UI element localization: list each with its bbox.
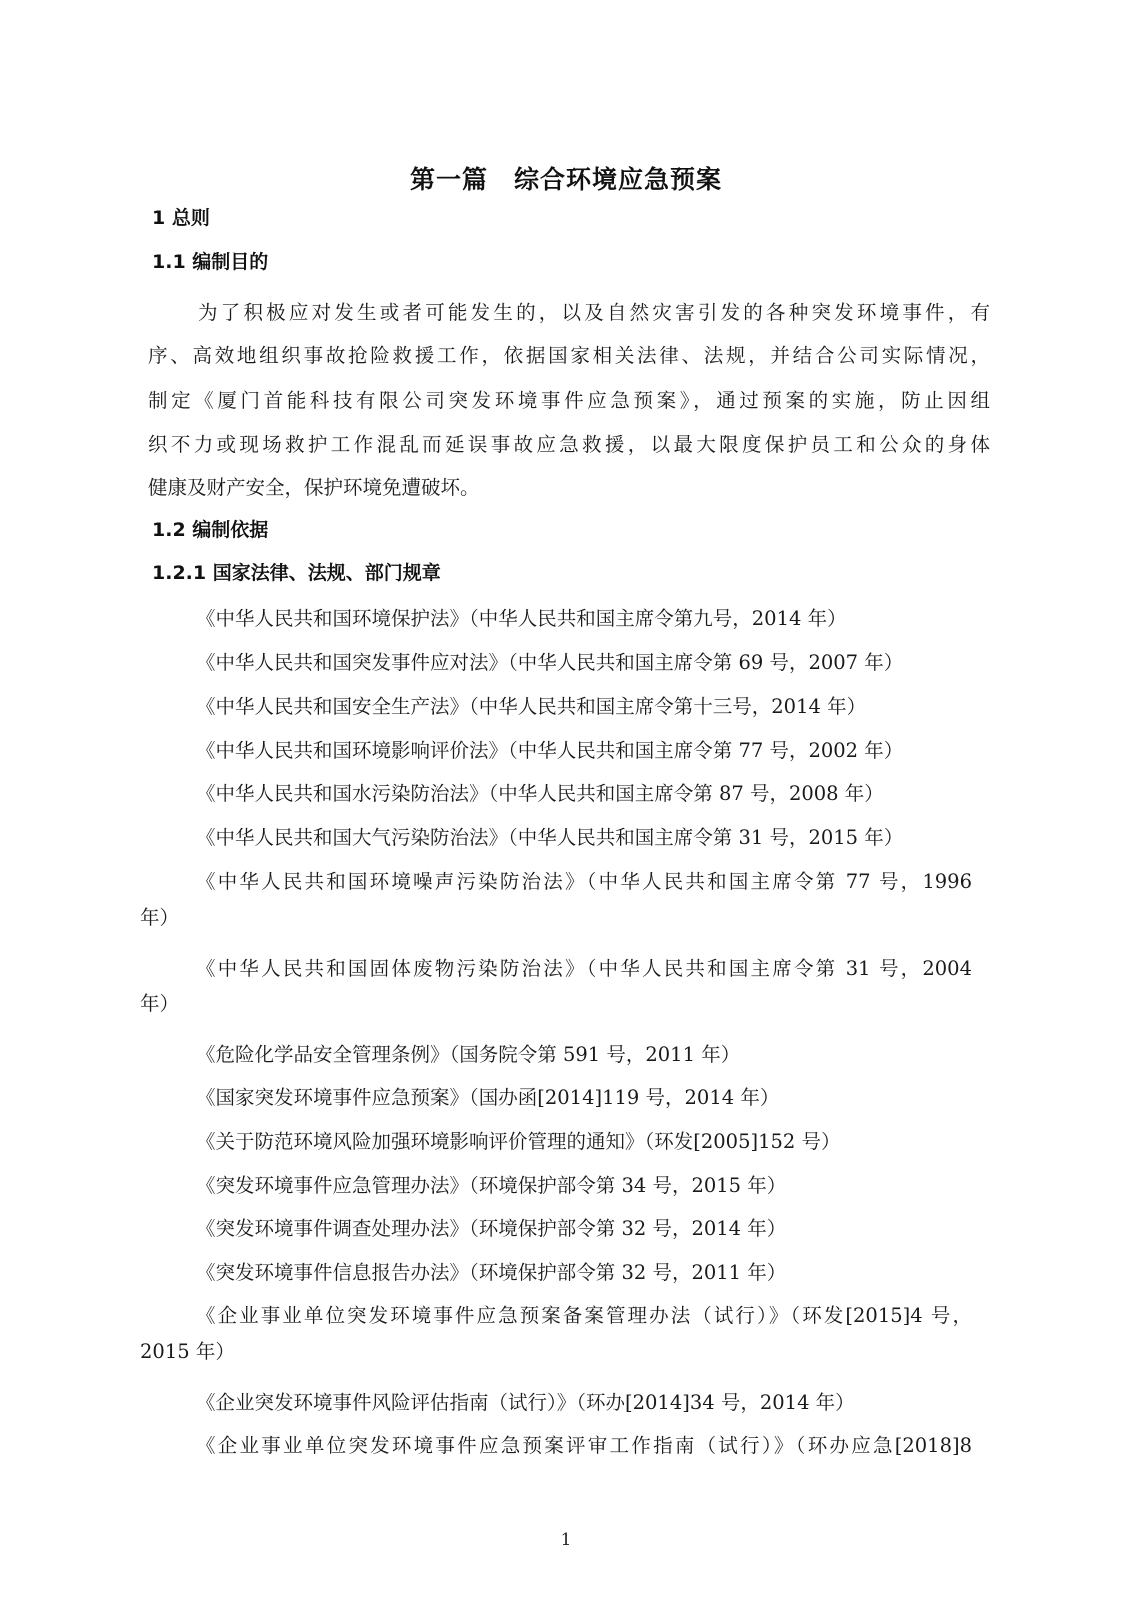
reference-item: 《国家突发环境事件应急预案》（国办函[2014]119 号，2014 年）	[196, 1082, 779, 1110]
reference-item: 《中华人民共和国突发事件应对法》（中华人民共和国主席令第 69 号，2007 年…	[196, 647, 903, 675]
section-heading-1-2-1: 1.2.1 国家法律、法规、部门规章	[152, 558, 441, 585]
reference-item-continuation: 2015 年）	[140, 1336, 235, 1364]
document-page: 第一篇综合环境应急预案 1 总则 1.1 编制目的 为了积极应对发生或者可能发生…	[0, 0, 1132, 1600]
reference-item: 《中华人民共和国固体废物污染防治法》（中华人民共和国主席令第 31 号，2004	[196, 953, 972, 981]
title-part-label: 第一篇	[410, 165, 488, 194]
reference-item: 《突发环境事件应急管理办法》（环境保护部令第 34 号，2015 年）	[196, 1170, 786, 1198]
reference-item-continuation: 年）	[140, 902, 179, 930]
paragraph-line: 序、高效地组织事故抢险救援工作，依据国家相关法律、法规，并结合公司实际情况，	[148, 340, 990, 368]
reference-item-continuation: 年）	[140, 988, 179, 1016]
reference-item: 《突发环境事件调查处理办法》（环境保护部令第 32 号，2014 年）	[196, 1213, 786, 1241]
reference-item: 《企业事业单位突发环境事件应急预案备案管理办法（试行）》（环发[2015]4 号…	[196, 1300, 972, 1328]
reference-item: 《突发环境事件信息报告办法》（环境保护部令第 32 号，2011 年）	[196, 1257, 786, 1285]
section-heading-1-1: 1.1 编制目的	[152, 247, 268, 274]
section-heading-1: 1 总则	[152, 203, 210, 230]
reference-item: 《关于防范环境风险加强环境影响评价管理的通知》（环发[2005]152 号）	[196, 1126, 841, 1154]
title-text: 综合环境应急预案	[514, 165, 722, 194]
paragraph-line: 制定《厦门首能科技有限公司突发环境事件应急预案》，通过预案的实施，防止因组	[148, 385, 990, 413]
paragraph-line: 为了积极应对发生或者可能发生的，以及自然灾害引发的各种突发环境事件，有	[198, 297, 990, 325]
reference-item: 《危险化学品安全管理条例》（国务院令第 591 号，2011 年）	[196, 1039, 740, 1067]
section-heading-1-2: 1.2 编制依据	[152, 515, 268, 542]
paragraph-line: 织不力或现场救护工作混乱而延误事故应急救援，以最大限度保护员工和公众的身体	[148, 429, 990, 457]
reference-item: 《中华人民共和国大气污染防治法》（中华人民共和国主席令第 31 号，2015 年…	[196, 822, 903, 850]
reference-item: 《中华人民共和国环境噪声污染防治法》（中华人民共和国主席令第 77 号，1996	[196, 866, 972, 894]
paragraph-line: 健康及财产安全，保护环境免遭破坏。	[148, 472, 990, 500]
reference-item: 《中华人民共和国环境保护法》（中华人民共和国主席令第九号，2014 年）	[196, 603, 847, 631]
reference-item: 《中华人民共和国水污染防治法》（中华人民共和国主席令第 87 号，2008 年）	[196, 778, 884, 806]
reference-item: 《中华人民共和国环境影响评价法》（中华人民共和国主席令第 77 号，2002 年…	[196, 735, 903, 763]
reference-item: 《企业突发环境事件风险评估指南（试行）》（环办[2014]34 号，2014 年…	[196, 1387, 855, 1415]
page-number: 1	[0, 1530, 1132, 1550]
page-title: 第一篇综合环境应急预案	[0, 160, 1132, 196]
reference-item: 《中华人民共和国安全生产法》（中华人民共和国主席令第十三号，2014 年）	[196, 691, 866, 719]
reference-item: 《企业事业单位突发环境事件应急预案评审工作指南（试行）》（环办应急[2018]8	[196, 1430, 972, 1458]
